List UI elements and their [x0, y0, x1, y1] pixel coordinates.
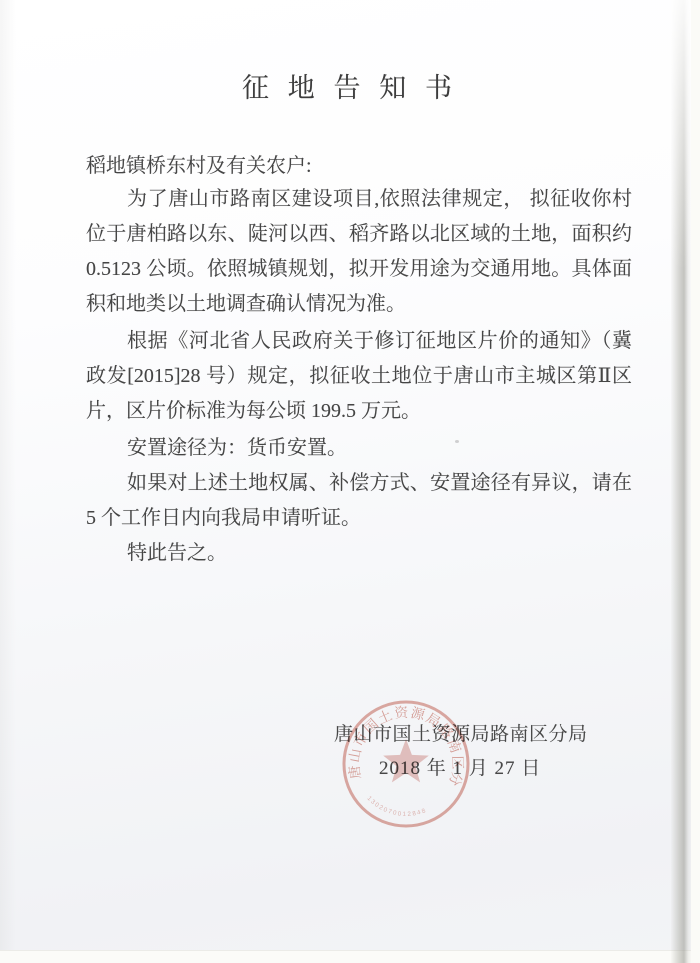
scan-right-margin	[691, 0, 700, 963]
seal-star-icon	[383, 739, 429, 782]
body-line: 安置途径为：货币安置。	[86, 435, 632, 461]
svg-text:1302070012848: 1302070012848	[366, 795, 428, 818]
body-line: 政发[2015]28 号）规定，拟征收土地位于唐山市主城区第Ⅱ区	[86, 363, 632, 389]
body-line: 特此告之。	[86, 540, 632, 566]
body-line: 0.5123 公顷。依照城镇规划，拟开发用途为交通用地。具体面	[86, 256, 632, 282]
salutation-line: 稻地镇桥东村及有关农户:	[86, 153, 632, 179]
document-title: 征 地 告 知 书	[0, 73, 700, 103]
body-line: 如果对上述土地权属、补偿方式、安置途径有异议，请在	[86, 470, 632, 496]
scan-page-edge-shadow	[671, 0, 691, 963]
scan-left-shadow	[0, 0, 16, 963]
body-line: 片，区片价标准为每公顷 199.5 万元。	[86, 398, 632, 424]
body-line: 为了唐山市路南区建设项目,依照法律规定， 拟征收你村	[86, 186, 632, 212]
scanned-document-page: 征 地 告 知 书 稻地镇桥东村及有关农户: 为了唐山市路南区建设项目,依照法律…	[0, 0, 700, 963]
body-line: 位于唐柏路以东、陡河以西、稻齐路以北区域的土地，面积约	[86, 221, 632, 247]
official-seal: 唐山市国土资源局路南区分局 1302070012848	[326, 684, 486, 844]
body-line: 积和地类以土地调查确认情况为准。	[86, 291, 632, 317]
body-line: 5 个工作日内向我局申请听证。	[86, 505, 632, 531]
body-line: 根据《河北省人民政府关于修订征地区片价的通知》（冀	[86, 328, 632, 354]
scan-bottom-edge	[0, 950, 700, 963]
seal-code: 1302070012848	[366, 795, 428, 818]
